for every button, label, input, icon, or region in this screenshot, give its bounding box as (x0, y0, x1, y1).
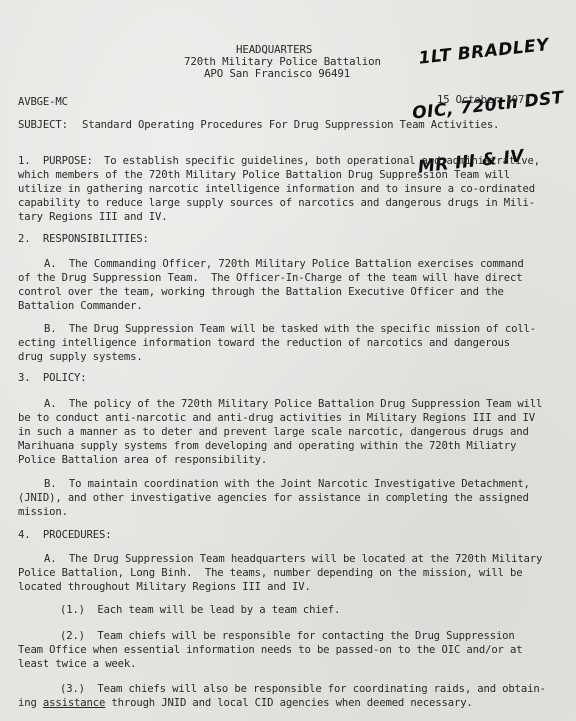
policy-a-line: A. The policy of the 720th Military Poli… (44, 398, 542, 411)
section-policy-heading: 3. POLICY: (18, 372, 87, 385)
section-procedures-heading: 4. PROCEDURES: (18, 529, 111, 542)
policy-a-line: in such a manner as to deter and prevent… (18, 426, 529, 439)
handwritten-line: 1LT BRADLEY (418, 35, 559, 68)
underlined-assistance: assistance (43, 697, 105, 709)
purpose-line: capability to reduce large supply source… (18, 197, 535, 210)
item-3-suffix: through JNID and local CID agencies when… (105, 697, 472, 709)
document-page: 1LT BRADLEY OIC, 720th DST MR III & IV H… (0, 0, 576, 721)
item-3-prefix: ing (18, 697, 43, 709)
procedures-item-3-line: (3.) Team chiefs will also be responsibl… (60, 683, 546, 696)
purpose-line: utilize in gathering narcotic intelligen… (18, 183, 535, 196)
responsibilities-a-line: control over the team, working through t… (18, 286, 504, 299)
procedures-item-2-line: Team Office when essential information n… (18, 644, 522, 657)
date: 15 October 1971 (437, 94, 530, 107)
policy-b-line: (JNID), and other investigative agencies… (18, 492, 529, 505)
policy-b-line: mission. (18, 506, 68, 519)
subject-label: SUBJECT: (18, 119, 68, 132)
procedures-a-line: A. The Drug Suppression Team headquarter… (44, 553, 542, 566)
policy-a-line: Marihuana supply systems from developing… (18, 440, 516, 453)
responsibilities-b-line: ecting intelligence information toward t… (18, 337, 510, 350)
responsibilities-a-line: Battalion Commander. (18, 300, 143, 313)
section-purpose-heading: 1. PURPOSE: (18, 155, 93, 168)
procedures-item-2-line: least twice a week. (18, 658, 136, 671)
responsibilities-b-line: B. The Drug Suppression Team will be tas… (44, 323, 536, 336)
procedures-a-line: Police Battalion, Long Binh. The teams, … (18, 567, 522, 580)
letterhead-line-3: APO San Francisco 96491 (204, 67, 350, 80)
procedures-item-2-line: (2.) Team chiefs will be responsible for… (60, 630, 515, 643)
subject-text: Standard Operating Procedures For Drug S… (82, 119, 499, 132)
section-responsibilities-heading: 2. RESPONSIBILITIES: (18, 233, 149, 246)
office-symbol: AVBGE-MC (18, 96, 68, 109)
responsibilities-b-line: drug supply systems. (18, 351, 143, 364)
policy-a-line: Police Battalion area of responsibility. (18, 454, 267, 467)
purpose-line: To establish specific guidelines, both o… (104, 155, 540, 168)
responsibilities-a-line: of the Drug Suppression Team. The Office… (18, 272, 522, 285)
policy-b-line: B. To maintain coordination with the Joi… (44, 478, 530, 491)
responsibilities-a-line: A. The Commanding Officer, 720th Militar… (44, 258, 524, 271)
procedures-a-line: located throughout Military Regions III … (18, 581, 311, 594)
purpose-line: which members of the 720th Military Poli… (18, 169, 510, 182)
purpose-line: tary Regions III and IV. (18, 211, 167, 224)
procedures-item-3-line: ing assistance through JNID and local CI… (18, 697, 473, 710)
policy-a-line: be to conduct anti-narcotic and anti-dru… (18, 412, 535, 425)
procedures-item-1: (1.) Each team will be lead by a team ch… (60, 604, 340, 617)
